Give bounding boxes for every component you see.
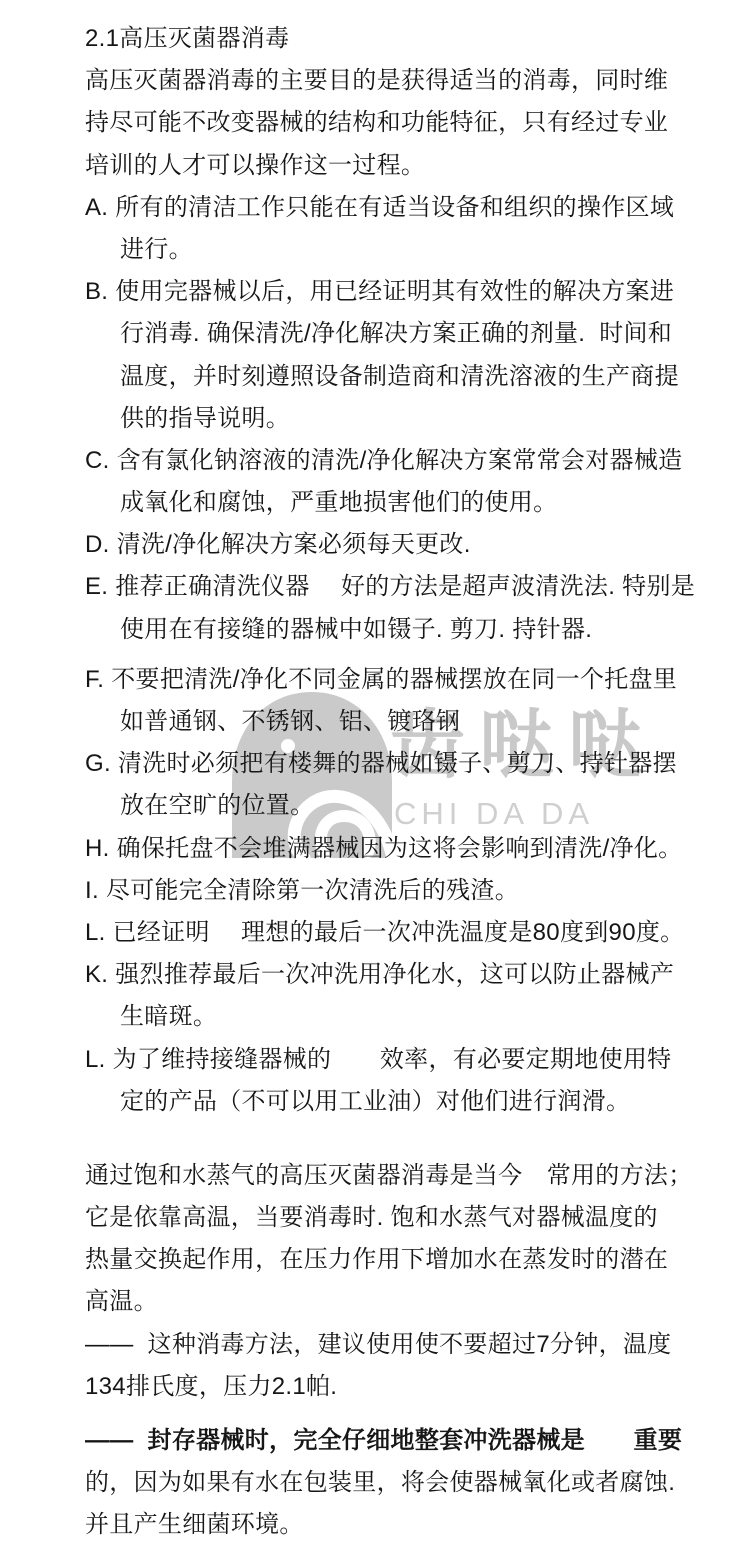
text-line: D. 清洗/净化解决方案必须每天更改. [85, 524, 715, 566]
text-line: 持尽可能不改变器械的结构和功能特征，只有经过专业 [85, 102, 715, 144]
text-line: 温度，并时刻遵照设备制造商和清洗溶液的生产商提 [85, 356, 715, 398]
text-line: 并且产生细菌环境。 [85, 1504, 715, 1546]
text-line: 的，因为如果有水在包装里，将会使器械氧化或者腐蚀. [85, 1462, 715, 1504]
text-line: 如普通钢、不锈钢、铝、镀珞钢 [85, 701, 715, 743]
text-line: 通过饱和水蒸气的高压灭菌器消毒是当今 常用的方法； [85, 1155, 715, 1197]
text-line: 2.1高压灭菌器消毒 [85, 18, 715, 60]
text-line: C. 含有氯化钠溶液的清洗/净化解决方案常常会对器械造 [85, 440, 715, 482]
text-line: F. 不要把清洗/净化不同金属的器械摆放在同一个托盘里 [85, 659, 715, 701]
text-line: L. 为了维持接缝器械的 效率，有必要定期地使用特 [85, 1039, 715, 1081]
text-line: 培训的人才可以操作这一过程。 [85, 145, 715, 187]
text-line: 使用在有接缝的器械中如镊子. 剪刀. 持针器. [85, 609, 715, 651]
text-line: 134排氏度，压力2.1帕. [85, 1366, 715, 1408]
text-line: A. 所有的清洁工作只能在有适当设备和组织的操作区域 [85, 187, 715, 229]
text-line: 热量交换起作用，在压力作用下增加水在蒸发时的潜在 [85, 1239, 715, 1281]
text-line: H. 确保托盘不会堆满器械因为这将会影响到清洗/净化。 [85, 828, 715, 870]
text-line: K. 强烈推荐最后一次冲洗用净化水，这可以防止器械产 [85, 954, 715, 996]
text-line: 生暗斑。 [85, 996, 715, 1038]
text-line: —— 封存器械时，完全仔细地整套冲洗器械是 重要 [85, 1420, 715, 1462]
text-line: G. 清洗时必须把有楼舞的器械如镊子、剪刀、持针器摆 [85, 743, 715, 785]
text-line: 供的指导说明。 [85, 398, 715, 440]
document-lines: 2.1高压灭菌器消毒高压灭菌器消毒的主要目的是获得适当的消毒，同时维持尽可能不改… [85, 18, 715, 1547]
text-line: 高压灭菌器消毒的主要目的是获得适当的消毒，同时维 [85, 60, 715, 102]
text-line: B. 使用完器械以后，用已经证明其有效性的解决方案进 [85, 271, 715, 313]
text-line: 成氧化和腐蚀，严重地损害他们的使用。 [85, 482, 715, 524]
text-line: —— 这种消毒方法，建议使用使不要超过7分钟，温度 [85, 1324, 715, 1366]
document-page: 齿哒哒 CHI DA DA 2.1高压灭菌器消毒高压灭菌器消毒的主要目的是获得适… [0, 0, 750, 1556]
text-line: 定的产品（不可以用工业油）对他们进行润滑。 [85, 1081, 715, 1123]
text-line: I. 尽可能完全清除第一次清洗后的残渣。 [85, 870, 715, 912]
text-line: 它是依靠高温，当要消毒时. 饱和水蒸气对器械温度的 [85, 1197, 715, 1239]
text-line: 高温。 [85, 1281, 715, 1323]
text-line: 进行。 [85, 229, 715, 271]
text-line: 放在空旷的位置。 [85, 785, 715, 827]
text-line: 行消毒. 确保清洗/净化解决方案正确的剂量. 时间和 [85, 313, 715, 355]
text-line: E. 推荐正确清洗仪器 好的方法是超声波清洗法. 特别是 [85, 566, 715, 608]
text-line: L. 已经证明 理想的最后一次冲洗温度是80度到90度。 [85, 912, 715, 954]
